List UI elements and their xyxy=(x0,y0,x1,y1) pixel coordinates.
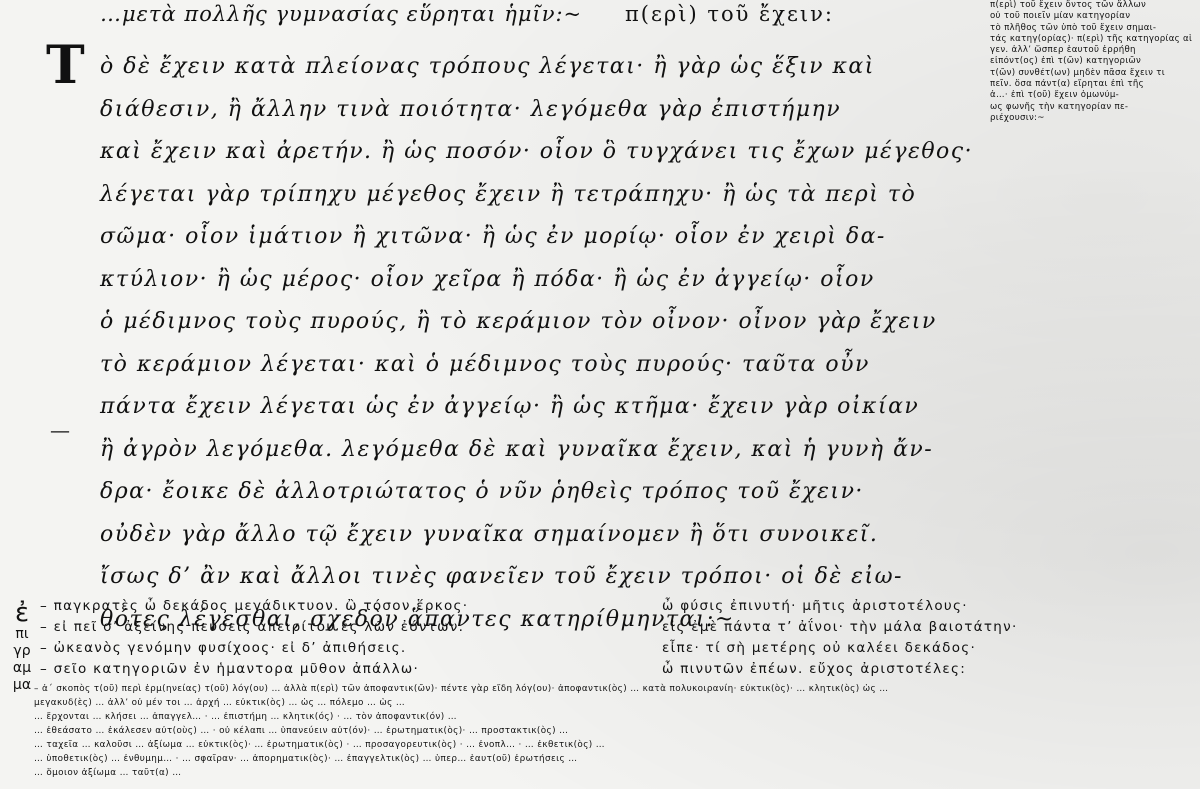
scholion-line: ριέχουσιν:~ xyxy=(990,113,1195,124)
commentary-line: … ἔρχονται … κλήσει … ἀπαγγελ… · … ἐπιστ… xyxy=(34,710,1200,724)
scholion-line: τάς κατηγ(ορίας)· π(ερὶ) τῆς κατηγορίας … xyxy=(990,34,1195,45)
epigram-line: – ὠκεανὸς γενόμην φυσίχοος· εἰ δ’ ἀπιθήσ… xyxy=(40,638,468,659)
main-text-block: ὸ δὲ ἔχειν κατὰ πλείονας τρόπους λέγεται… xyxy=(100,46,980,641)
scholion-line: εἰπόντ(ος) ἐπὶ τ(ῶν) κατηγοριῶν xyxy=(990,56,1195,67)
margin-mark: — xyxy=(50,418,70,442)
scholion-line: τὸ πλῆθος τῶν ὑπὸ τοῦ ἔχειν σημαι- xyxy=(990,23,1195,34)
commentary-line: … ὅμοιον ἀξίωμα … ταῦτ(α) … xyxy=(34,766,1200,780)
chapter-heading: π(ερὶ) τοῦ ἔχειν: xyxy=(625,2,834,26)
commentary-line: – ἀ΄ σκοπὸς τ(οῦ) περὶ ἑρμ(ηνείας) τ(οῦ)… xyxy=(34,682,1200,696)
scholion-line: γεν. ἀλλ’ ὥσπερ ἑαυτοῦ ἐρρήθη xyxy=(990,45,1195,56)
scholion-line: οὐ τοῦ ποιεῖν μίαν κατηγορίαν xyxy=(990,11,1195,22)
carryover-line: …μετὰ πολλῆς γυμνασίας εὕρηται ἡμῖν:~ xyxy=(100,2,582,26)
scholion-line: ως φωνῆς τὴν κατηγορίαν πε- xyxy=(990,102,1195,113)
decorated-initial: Τ xyxy=(46,40,85,92)
scholion-line: ἀ…· ἐπὶ τ(οῦ) ἔχειν ὁμωνύμ- xyxy=(990,90,1195,101)
epigram-line: – παγκρατὲς ὦ δεκάδος μεγάδικτυον. ὢ τόσ… xyxy=(40,596,468,617)
manuscript-page: …μετὰ πολλῆς γυμνασίας εὕρηται ἡμῖν:~ π(… xyxy=(0,0,1200,789)
text-line: ἴσως δ’ ἂν καὶ ἄλλοι τινὲς φανεῖεν τοῦ ἔ… xyxy=(100,556,980,599)
text-line: λέγεται γὰρ τρίπηχυ μέγεθος ἔχειν ἢ τετρ… xyxy=(100,174,980,217)
commentary-line: … ἐθεάσατο … ἐκάλεσεν αὐτ(οὺς) … · οὐ κέ… xyxy=(34,724,1200,738)
text-line: καὶ ἔχειν καὶ ἀρετήν. ἢ ὡς ποσόν· οἷον ὃ… xyxy=(100,131,980,174)
text-line: κτύλιον· ἢ ὡς μέρος· οἷον χεῖρα ἢ πόδα· … xyxy=(100,259,980,302)
epigram-right-column: ὦ φύσις ἐπινυτή· μῆτις ἀριστοτέλους· εἰς… xyxy=(662,596,1018,680)
text-line: τὸ κεράμιον λέγεται· καὶ ὁ μέδιμνος τοὺς… xyxy=(100,344,980,387)
text-line: ὸ δὲ ἔχειν κατὰ πλείονας τρόπους λέγεται… xyxy=(100,46,980,89)
text-line: οὐδὲν γὰρ ἄλλο τῷ ἔχειν γυναῖκα σημαίνομ… xyxy=(100,514,980,557)
text-line: σῶμα· οἷον ἱμάτιον ἢ χιτῶνα· ἢ ὡς ἐν μορ… xyxy=(100,216,980,259)
epigram-line: εἰς ἐμὲ πάντα τ’ ἀΐνοι· τὴν μάλα βαιοτάτ… xyxy=(662,617,1018,638)
lower-commentary: – ἀ΄ σκοπὸς τ(οῦ) περὶ ἑρμ(ηνείας) τ(οῦ)… xyxy=(34,682,1200,780)
epigram-line: εἶπε· τί σὴ μετέρης οὐ καλέει δεκάδος· xyxy=(662,638,1018,659)
commentary-line: … ὑποθετικ(ὸς) … ἐνθυμημ… · … σφαῖραν· …… xyxy=(34,752,1200,766)
commentary-line: μεγακυδ(ὲς) … ἀλλ’ οὐ μέν τοι … ἀρχή … ε… xyxy=(34,696,1200,710)
epigram-line: – εἰ πεῖ σ’ ἀξείνης πεύσεις ἀπειρίτου ἐς… xyxy=(40,617,468,638)
right-margin-scholion: π(ερὶ) τοῦ ἔχειν ὄντος τῶν ἄλλων οὐ τοῦ … xyxy=(990,0,1195,124)
scholion-line: τ(ῶν) συνθέτ(ων) μηδὲν πᾶσα ἔχειν τι xyxy=(990,68,1195,79)
commentary-line: … ταχεῖα … καλοῦσι … ἀξίωμα … εὐκτικ(ὸς)… xyxy=(34,738,1200,752)
text-line: δρα· ἔοικε δὲ ἀλλοτριώτατος ὁ νῦν ῥηθεὶς… xyxy=(100,471,980,514)
epigram-margin-label: ἐ πι γρ αμ μα xyxy=(8,600,36,694)
epigram-line: – σεῖο κατηγοριῶν ἐν ἡμαντορα μῦθον ἀπάλ… xyxy=(40,659,468,680)
scholion-line: π(ερὶ) τοῦ ἔχειν ὄντος τῶν ἄλλων xyxy=(990,0,1195,11)
epigram-line: ὦ φύσις ἐπινυτή· μῆτις ἀριστοτέλους· xyxy=(662,596,1018,617)
text-line: ὁ μέδιμνος τοὺς πυρούς, ἢ τὸ κεράμιον τὸ… xyxy=(100,301,980,344)
text-line: ἢ ἀγρὸν λεγόμεθα. λεγόμεθα δὲ καὶ γυναῖκ… xyxy=(100,429,980,472)
epigram-line: ὦ πινυτῶν ἐπέων. εὔχος ἀριστοτέλες: xyxy=(662,659,1018,680)
scholion-line: πεῖν. ὅσα πάντ(α) εἴρηται ἐπὶ τῆς xyxy=(990,79,1195,90)
text-line: πάντα ἔχειν λέγεται ὡς ἐν ἀγγείῳ· ἢ ὡς κ… xyxy=(100,386,980,429)
epigram-left-column: – παγκρατὲς ὦ δεκάδος μεγάδικτυον. ὢ τόσ… xyxy=(40,596,468,680)
text-line: διάθεσιν, ἢ ἄλλην τινὰ ποιότητα· λεγόμεθ… xyxy=(100,89,980,132)
